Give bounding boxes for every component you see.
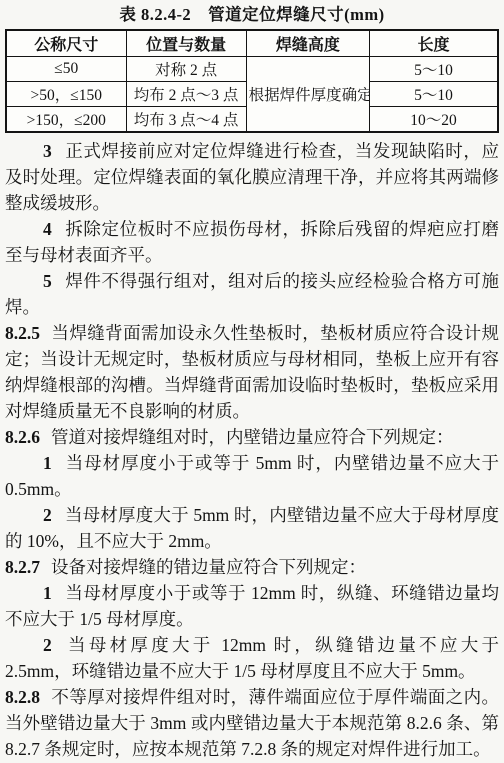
item-number: 1 [43,453,52,473]
cell-size: ≤50 [6,57,126,82]
col-header-position-count: 位置与数量 [126,30,246,57]
sub-item-paragraph: 4拆除定位板时不应损伤母材，拆除后残留的焊疤应打磨至与母材表面齐平。 [5,216,499,268]
clause-number: 8.2.8 [5,687,40,707]
cell-size: >50，≤150 [6,82,126,107]
clause-number: 8.2.7 [5,557,40,577]
item-number: 3 [43,141,52,161]
cell-weld-height-merged: 根据焊件厚度确定 [246,57,369,133]
item-number: 2 [43,505,52,525]
paragraph-text: 当焊缝背面需加设永久性垫板时，垫板材质应符合设计规定；当设计无规定时，垫板材质应… [5,323,499,421]
cell-position: 均布 2 点～3 点 [126,82,246,107]
cell-position: 对称 2 点 [126,57,246,82]
cell-position: 均布 3 点～4 点 [126,107,246,133]
item-number: 5 [43,271,52,291]
pipe-tack-weld-table: 公称尺寸 位置与数量 焊缝高度 长度 ≤50 对称 2 点 根据焊件厚度确定 5… [5,29,499,133]
clause-paragraph: 8.2.5当焊缝背面需加设永久性垫板时，垫板材质应符合设计规定；当设计无规定时，… [5,320,499,424]
paragraph-text: 设备对接焊缝的错边量应符合下列规定： [51,557,366,577]
clause-number: 8.2.5 [5,323,40,343]
document-page: 表 8.2.4-2 管道定位焊缝尺寸(mm) 公称尺寸 位置与数量 焊缝高度 长… [0,0,504,763]
cell-length: 5～10 [370,82,498,107]
clause-paragraph: 8.2.6管道对接焊缝组对时，内壁错边量应符合下列规定： [5,424,499,450]
paragraph-text: 焊件不得强行组对，组对后的接头应经检验合格方可施焊。 [5,271,499,317]
paragraph-text: 当母材厚度小于或等于 5mm 时，内壁错边量不应大于 0.5mm。 [5,453,499,499]
table-row: ≤50 对称 2 点 根据焊件厚度确定 5～10 [6,57,498,82]
table-title: 表 8.2.4-2 管道定位焊缝尺寸(mm) [5,2,499,29]
paragraph-text: 不等厚对接焊件组对时，薄件端面应位于厚件端面之内。当外壁错边量大于 3mm 或内… [5,687,499,759]
sub-item-paragraph: 1当母材厚度小于或等于 5mm 时，内壁错边量不应大于 0.5mm。 [5,450,499,502]
paragraph-text: 正式焊接前应对定位焊缝进行检查，当发现缺陷时，应及时处理。定位焊缝表面的氧化膜应… [5,141,499,213]
paragraph-text: 管道对接焊缝组对时，内壁错边量应符合下列规定： [51,427,454,447]
paragraph-text: 当母材厚度大于 5mm 时，内壁错边量不应大于母材厚度的 10%，且不应大于 2… [5,505,499,551]
col-header-weld-height: 焊缝高度 [246,30,369,57]
table-header-row: 公称尺寸 位置与数量 焊缝高度 长度 [6,30,498,57]
body-text: 3正式焊接前应对定位焊缝进行检查，当发现缺陷时，应及时处理。定位焊缝表面的氧化膜… [5,138,499,762]
item-number: 1 [43,583,52,603]
sub-item-paragraph: 3正式焊接前应对定位焊缝进行检查，当发现缺陷时，应及时处理。定位焊缝表面的氧化膜… [5,138,499,216]
sub-item-paragraph: 2当母材厚度大于 5mm 时，内壁错边量不应大于母材厚度的 10%，且不应大于 … [5,502,499,554]
col-header-length: 长度 [370,30,498,57]
paragraph-text: 拆除定位板时不应损伤母材，拆除后残留的焊疤应打磨至与母材表面齐平。 [5,219,499,265]
sub-item-paragraph: 5焊件不得强行组对，组对后的接头应经检验合格方可施焊。 [5,268,499,320]
clause-paragraph: 8.2.7设备对接焊缝的错边量应符合下列规定： [5,554,499,580]
paragraph-text: 当母材厚度小于或等于 12mm 时，纵缝、环缝错边量均不应大于 1/5 母材厚度… [5,583,499,629]
cell-length: 10～20 [370,107,498,133]
clause-number: 8.2.6 [5,427,40,447]
col-header-nominal-size: 公称尺寸 [6,30,126,57]
sub-item-paragraph: 2当母材厚度大于 12mm 时，纵缝错边量不应大于 2.5mm，环缝错边量不应大… [5,632,499,684]
paragraph-text: 当母材厚度大于 12mm 时，纵缝错边量不应大于 2.5mm，环缝错边量不应大于… [5,635,499,681]
clause-paragraph: 8.2.8不等厚对接焊件组对时，薄件端面应位于厚件端面之内。当外壁错边量大于 3… [5,684,499,762]
item-number: 4 [43,219,52,239]
cell-length: 5～10 [370,57,498,82]
cell-size: >150，≤200 [6,107,126,133]
item-number: 2 [43,635,52,655]
sub-item-paragraph: 1当母材厚度小于或等于 12mm 时，纵缝、环缝错边量均不应大于 1/5 母材厚… [5,580,499,632]
